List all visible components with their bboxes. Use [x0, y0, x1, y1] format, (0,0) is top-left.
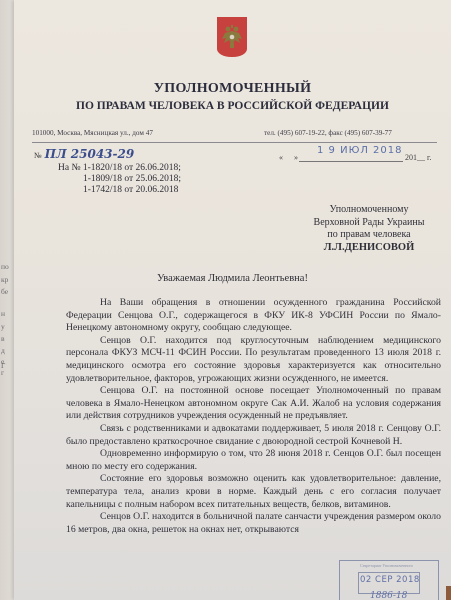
letter-page: УПОЛНОМОЧЕННЫЙ ПО ПРАВАМ ЧЕЛОВЕКА В РОСС… [14, 0, 451, 600]
addressee-line: Уполномоченному [284, 204, 451, 217]
letterhead-subtitle: ПО ПРАВАМ ЧЕЛОВЕКА В РОССИЙСКОЙ ФЕДЕРАЦИ… [14, 100, 451, 112]
body-paragraph: На Ваши обращения в отношении осужденног… [66, 297, 441, 335]
date-stamp: 1 9 ИЮЛ 2018 [317, 145, 403, 156]
date-field: « » 1 9 ИЮЛ 2018 201__ г. [279, 153, 439, 162]
underlying-text-fragment: кр [1, 276, 8, 284]
underlying-text-fragment: у [1, 323, 5, 331]
salutation: Уважаемая Людмила Леонтьевна! [14, 273, 451, 284]
date-open-quote: « [279, 153, 283, 162]
stamp-date: 02 СЕР 2018 [360, 575, 420, 585]
body-paragraph: Сенцова О.Г. на постоянной основе посеща… [66, 385, 441, 423]
reference-line: На № 1-1820/18 от 26.06.2018; [58, 163, 181, 174]
underlying-text-fragment: в [1, 335, 5, 343]
underlying-text-fragment: Г [1, 362, 5, 370]
date-close-quote: » [294, 153, 298, 162]
letterhead-address: 101000, Москва, Мясницкая ул., дом 47 [32, 129, 153, 137]
number-sign: № [34, 151, 42, 160]
letterhead-title: УПОЛНОМОЧЕННЫЙ [14, 81, 451, 97]
background-edge [446, 586, 451, 600]
addressee-name: Л.Л.ДЕНИСОВОЙ [284, 242, 451, 255]
underlying-text-fragment: г [1, 369, 4, 377]
reference-line: 1-1742/18 от 20.06.2018 [58, 185, 181, 196]
date-underline [299, 161, 403, 162]
outgoing-number: № ПЛ 25043-29 [34, 147, 134, 161]
body-paragraph: Одновременно информирую о том, что 28 ию… [66, 448, 441, 473]
addressee-block: Уполномоченному Верховной Рады Украины п… [284, 204, 451, 254]
underlying-text-fragment: по [1, 263, 9, 271]
handwritten-outgoing-number: ПЛ 25043-29 [45, 147, 135, 161]
addressee-line: по правам человека [284, 229, 451, 242]
underlying-text-fragment: н [1, 310, 5, 318]
underlying-text-fragment: бе [1, 288, 8, 296]
reference-line: 1-1809/18 от 25.06.2018; [58, 174, 181, 185]
registration-stamp: Секретариат Уполномоченного 02 СЕР 2018 … [339, 560, 439, 600]
addressee-line: Верховной Рады Украины [284, 217, 451, 230]
underlying-text-fragment: д [1, 347, 5, 355]
coat-of-arms-icon [217, 17, 247, 57]
letter-body: На Ваши обращения в отношении осужденног… [66, 297, 441, 536]
stamp-number: 1886-18 [370, 591, 407, 600]
body-paragraph: Связь с родственниками и адвокатами подд… [66, 423, 441, 448]
letterhead-phone-fax: тел. (495) 607-19-22, факс (495) 607-39-… [264, 129, 392, 137]
body-paragraph: Состояние его здоровья возможно оценить … [66, 473, 441, 511]
reference-numbers: На № 1-1820/18 от 26.06.2018; 1-1809/18 … [58, 163, 181, 196]
letterhead-divider [32, 142, 437, 143]
date-year-suffix: 201__ г. [405, 153, 431, 162]
stamp-header: Секретариат Уполномоченного [360, 563, 413, 568]
body-paragraph: Сенцов О.Г. находится в больничной палат… [66, 511, 441, 536]
body-paragraph: Сенцов О.Г. находится под круглосуточным… [66, 335, 441, 385]
